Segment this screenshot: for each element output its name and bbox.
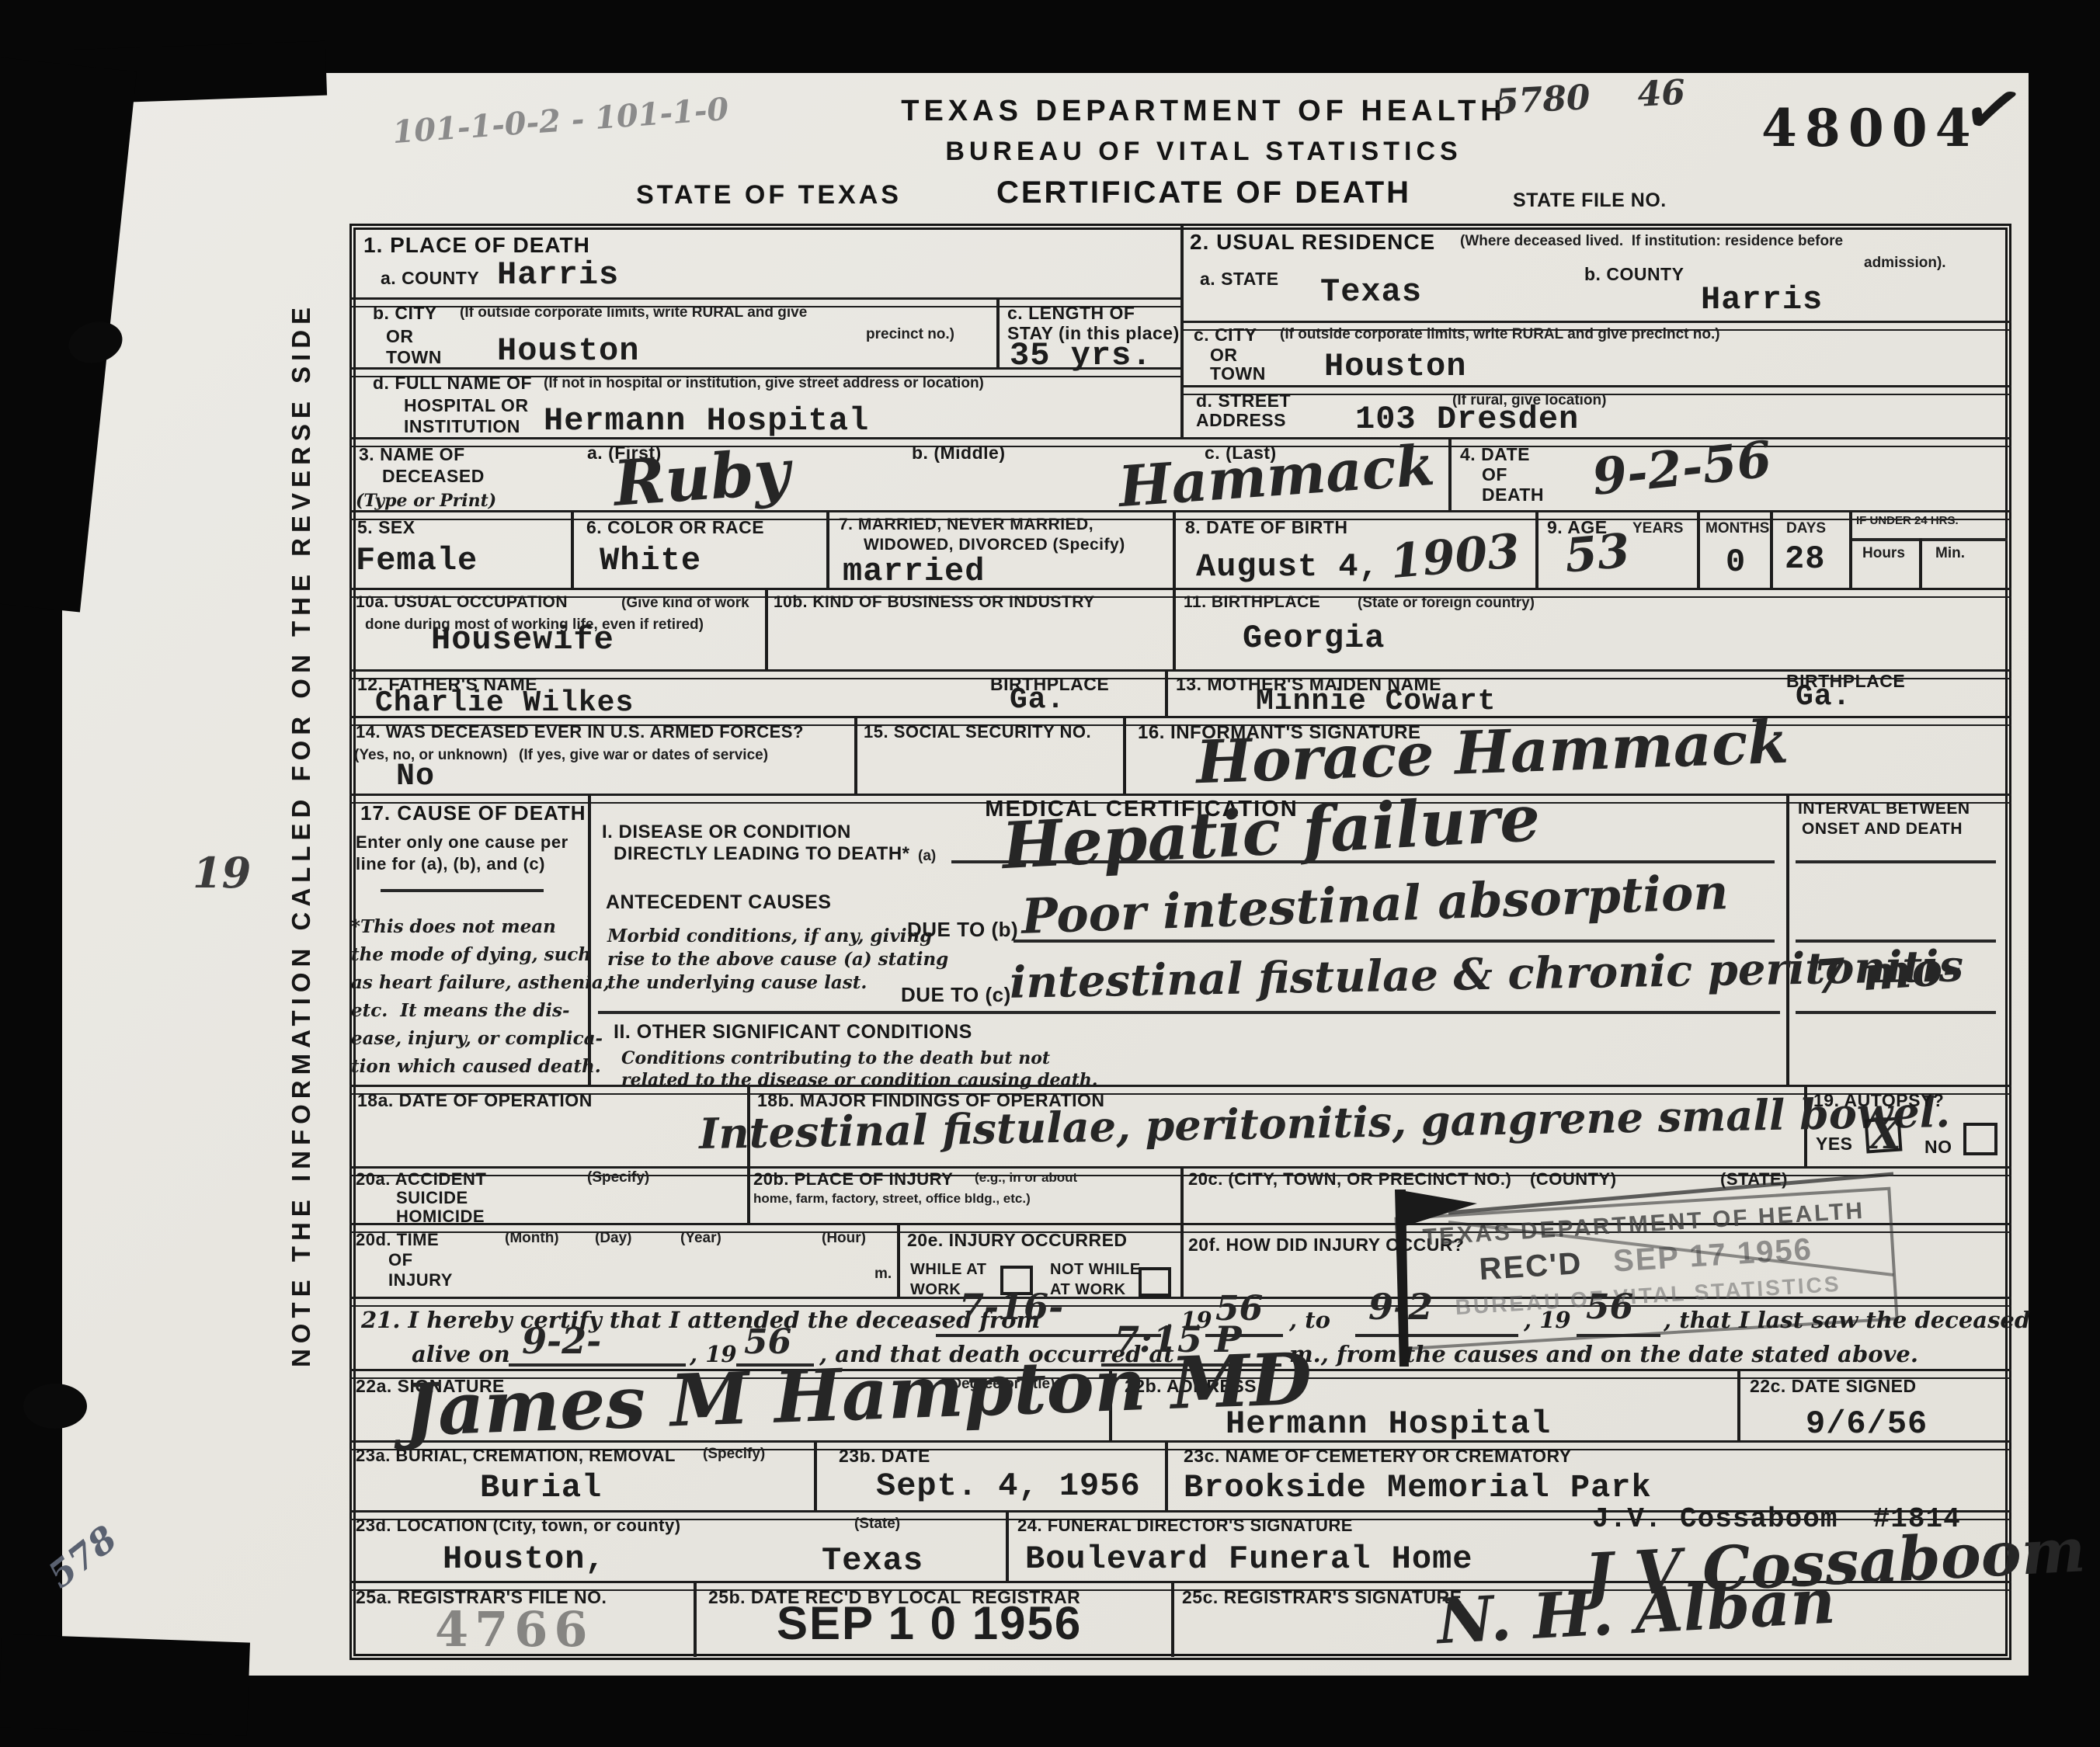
field-label: TOWN [1210, 363, 1266, 384]
field-note: (Specify) [587, 1169, 649, 1186]
vertical-divider [996, 297, 1000, 367]
field-label: a. COUNTY [381, 268, 479, 289]
field-label: 7. MARRIED, NEVER MARRIED, [839, 516, 1093, 534]
divider [381, 889, 544, 892]
field-label: a. STATE [1200, 269, 1279, 290]
field-label: DIRECTLY LEADING TO DEATH* [614, 843, 909, 865]
burial-state-value: Texas [822, 1542, 923, 1579]
margin-handwritten-number: 19 [193, 848, 251, 898]
attended-from-value: 7-16- [959, 1286, 1063, 1328]
bureau-name: BUREAU OF VITAL STATISTICS [901, 137, 1507, 167]
field-note: tion which caused death. [351, 1056, 601, 1077]
scan-edge-right [2029, 0, 2100, 1747]
residence-state-value: Texas [1320, 273, 1422, 311]
field-label: 17. CAUSE OF DEATH [360, 801, 586, 825]
field-label: 2. USUAL RESIDENCE [1190, 230, 1435, 255]
vertical-divider [1697, 510, 1700, 588]
field-label: WHILE AT [910, 1261, 986, 1279]
field-label: 20b. PLACE OF INJURY [753, 1169, 953, 1190]
attended-to-year: 56 [1586, 1287, 1633, 1327]
autopsy-no-checkbox [1963, 1123, 1997, 1155]
burial-city-value: Houston, [443, 1540, 606, 1578]
street-address-value: 103 Dresden [1355, 401, 1579, 438]
field-label: 15. SOCIAL SECURITY NO. [864, 722, 1091, 742]
field-note: (Where deceased lived. If institution: r… [1460, 233, 1843, 250]
field-label: IF UNDER 24 HRS. [1856, 514, 1959, 527]
field-label: b. COUNTY [1584, 264, 1684, 285]
father-name-value: Charlie Wilkes [375, 686, 634, 720]
field-label: OR [386, 326, 414, 347]
age-days-value: 28 [1785, 540, 1825, 578]
vertical-divider [897, 1223, 900, 1297]
field-label: MONTHS [1705, 520, 1769, 537]
field-note: (Month) [505, 1230, 559, 1247]
hospital-value: Hermann Hospital [544, 402, 869, 439]
sex-value: Female [356, 542, 478, 579]
age-months-value: 0 [1726, 544, 1746, 581]
field-label: ADDRESS [1196, 410, 1286, 431]
field-label: 20d. TIME [356, 1230, 439, 1250]
vertical-divider [694, 1581, 697, 1657]
vertical-divider [1006, 1510, 1009, 1581]
first-name-value: Ruby [611, 435, 792, 520]
margin-note: NOTE THE INFORMATION CALLED FOR ON THE R… [287, 302, 316, 1367]
field-label: 24. FUNERAL DIRECTOR'S SIGNATURE [1017, 1516, 1353, 1536]
vertical-divider [1123, 716, 1126, 794]
field-label: 23d. LOCATION (City, town, or county) [356, 1516, 681, 1536]
age-years-value: 53 [1563, 523, 1632, 583]
vertical-divider [1173, 588, 1176, 669]
scan-edge-bottom-left [0, 1634, 250, 1735]
city-of-death-value: Houston [497, 332, 639, 370]
race-value: White [600, 542, 701, 579]
field-label: Min. [1935, 545, 1965, 562]
interval-c-value: 7 mo- [1812, 940, 1963, 1005]
field-label: HOMICIDE [396, 1207, 485, 1227]
underline [1577, 1334, 1660, 1337]
field-note: (If outside corporate limits, write RURA… [1280, 326, 1720, 343]
underline [1355, 1334, 1518, 1337]
field-label: (a) [918, 848, 936, 865]
field-label: 4. DATE [1460, 444, 1530, 465]
mother-birthplace-value: Ga. [1796, 680, 1851, 714]
field-label: 6. COLOR OR RACE [586, 517, 764, 538]
registrar-received-date-stamp: SEP 1 0 1956 [777, 1596, 1082, 1650]
armed-forces-value: No [396, 759, 435, 794]
field-label: 23b. DATE [839, 1446, 930, 1467]
field-note: (Specify) [703, 1446, 765, 1463]
residence-city-value: Houston [1324, 348, 1466, 385]
field-label: 10b. KIND OF BUSINESS OR INDUSTRY [774, 593, 1095, 612]
vertical-divider [1180, 1166, 1184, 1223]
field-label: Hours [1862, 545, 1905, 562]
underline [1796, 860, 1996, 863]
field-label: d. FULL NAME OF [373, 373, 532, 394]
underline [598, 1011, 1780, 1014]
field-note: admission). [1864, 255, 1946, 272]
field-note: Morbid conditions, if any, giving [607, 926, 932, 946]
field-label: DAYS [1786, 520, 1826, 537]
certify-text: m., from the causes and on the date stat… [1289, 1341, 1918, 1367]
field-note: (State) [854, 1516, 900, 1533]
underline [1796, 939, 1996, 943]
burial-date-value: Sept. 4, 1956 [876, 1467, 1141, 1505]
field-note: Enter only one cause per [356, 832, 568, 853]
length-of-stay-value: 35 yrs. [1010, 337, 1152, 374]
scanned-death-certificate: NOTE THE INFORMATION CALLED FOR ON THE R… [0, 0, 2100, 1747]
field-label: OF [1482, 464, 1507, 485]
field-note: ease, injury, or complica- [351, 1028, 603, 1049]
field-label: 23c. NAME OF CEMETERY OR CREMATORY [1184, 1446, 1572, 1467]
field-label: DEATH [1482, 485, 1544, 505]
field-label: 23a. BURIAL, CREMATION, REMOVAL [356, 1446, 676, 1466]
vertical-divider [747, 1166, 750, 1223]
field-label: 5. SEX [357, 517, 415, 538]
vertical-divider [826, 510, 829, 588]
field-label: 1. PLACE OF DEATH [363, 233, 590, 258]
autopsy-yes-mark: X [1869, 1109, 1901, 1158]
underline [1796, 1011, 1996, 1014]
field-label: DUE TO (c) [901, 983, 1011, 1007]
field-label: 11. BIRTHPLACE [1184, 593, 1320, 612]
field-label: OF [388, 1250, 413, 1270]
vertical-divider [1180, 1223, 1184, 1297]
scan-edge-bottom [0, 1676, 2100, 1747]
field-note: (Year) [680, 1230, 721, 1247]
underline [1013, 939, 1775, 943]
field-label: (STATE) [1720, 1169, 1788, 1190]
field-note: related to the disease or condition caus… [621, 1070, 1098, 1090]
vertical-divider [571, 510, 574, 588]
cemetery-value: Brookside Memorial Park [1184, 1469, 1652, 1506]
field-label: DECEASED [382, 466, 485, 487]
birthplace-value: Georgia [1243, 620, 1385, 657]
field-label: INSTITUTION [404, 416, 520, 437]
field-note: *This does not mean [351, 916, 556, 937]
vertical-divider [1165, 1440, 1168, 1510]
field-label: 25c. REGISTRAR'S SIGNATURE [1182, 1587, 1462, 1608]
agency-name: TEXAS DEPARTMENT OF HEALTH [901, 95, 1507, 128]
field-label: ANTECEDENT CAUSES [606, 891, 831, 914]
state-file-number-stamp: 48004 [1761, 98, 1979, 158]
vertical-divider [1770, 510, 1773, 588]
county-of-death-value: Harris [497, 256, 619, 293]
funeral-home-value: Boulevard Funeral Home [1025, 1540, 1473, 1578]
stamp-recd: REC'D [1478, 1246, 1583, 1287]
vertical-divider [1919, 538, 1922, 588]
field-note: rise to the above cause (a) stating [607, 949, 948, 970]
field-note: Conditions contributing to the death but… [621, 1048, 1050, 1068]
field-label: c. LENGTH OF [1007, 303, 1135, 324]
field-label: c. CITY [1194, 325, 1257, 346]
vertical-divider [1786, 794, 1789, 1085]
field-label: INJURY [388, 1270, 453, 1290]
certificate-title: CERTIFICATE OF DEATH [940, 175, 1468, 210]
field-note: home, farm, factory, street, office bldg… [753, 1191, 1031, 1207]
field-label: 14. WAS DECEASED EVER IN U.S. ARMED FORC… [356, 722, 804, 742]
divider [1852, 538, 2008, 541]
vertical-divider [1180, 225, 1184, 437]
field-label: WORK [910, 1281, 961, 1299]
underline [951, 860, 1775, 863]
certify-text: , to [1289, 1307, 1330, 1333]
vertical-divider [1165, 669, 1168, 716]
field-label: 20c. (CITY, TOWN, OR PRECINCT NO.) [1188, 1169, 1511, 1190]
field-label: ONSET AND DEATH [1802, 820, 1963, 839]
field-note: m. [874, 1266, 892, 1283]
field-label: d. STREET [1196, 391, 1291, 412]
field-label: 22c. DATE SIGNED [1750, 1376, 1917, 1397]
certify-text: , 19 [1524, 1307, 1571, 1333]
occupation-value: Housewife [431, 621, 614, 658]
field-note: (Day) [595, 1230, 632, 1247]
field-note: as heart failure, asthenia, [351, 972, 610, 993]
ink-blob [23, 1384, 87, 1429]
field-label: SUICIDE [396, 1188, 468, 1208]
father-birthplace-value: Ga. [1010, 683, 1065, 717]
mother-name-value: Minnie Cowart [1256, 685, 1496, 718]
field-label: YEARS [1632, 520, 1683, 537]
vertical-divider [1849, 510, 1852, 588]
field-label: 10a. USUAL OCCUPATION [356, 593, 568, 612]
vertical-divider [854, 716, 857, 794]
certify-text: , that I last saw the deceased [1664, 1307, 2030, 1333]
field-label: I. DISEASE OR CONDITION [602, 821, 851, 843]
vertical-divider [1535, 510, 1538, 588]
field-label: HOSPITAL OR [404, 395, 529, 416]
divider [349, 588, 2011, 598]
vertical-divider [1737, 1369, 1740, 1440]
state-heading: STATE OF TEXAS [621, 180, 916, 210]
vertical-divider [1171, 1581, 1174, 1657]
field-label: DUE TO (b) [907, 918, 1018, 942]
field-label: b. (Middle) [912, 443, 1005, 464]
last-seen-value: 9-2- [522, 1320, 601, 1362]
state-file-no-label: STATE FILE NO. [1513, 189, 1667, 212]
field-label: (COUNTY) [1530, 1169, 1617, 1190]
field-label: TOWN [386, 347, 442, 368]
field-label: 20a. ACCIDENT [356, 1169, 486, 1190]
date-signed-value: 9/6/56 [1806, 1405, 1928, 1443]
field-note: (State or foreign country) [1358, 595, 1535, 612]
field-note: (If not in hospital or institution, give… [544, 375, 984, 392]
field-label: 8. DATE OF BIRTH [1185, 517, 1347, 538]
field-label: OR [1210, 345, 1238, 366]
field-note: (Hour) [822, 1230, 866, 1247]
field-label: WIDOWED, DIVORCED (Specify) [864, 536, 1125, 554]
field-label: 3. NAME OF [359, 444, 465, 465]
autopsy-yes-label: YES [1816, 1134, 1853, 1155]
vertical-divider [814, 1440, 817, 1510]
registrar-file-number: 4766 [435, 1601, 594, 1658]
field-note: (If yes, give war or dates of service) [519, 747, 768, 764]
field-note: the underlying cause last. [607, 972, 867, 993]
field-label: II. OTHER SIGNIFICANT CONDITIONS [614, 1021, 972, 1044]
marital-status-value: married [843, 553, 985, 590]
field-note: (Give kind of work [621, 595, 749, 612]
field-note: etc. It means the dis- [351, 1000, 570, 1021]
vertical-divider [1448, 437, 1452, 510]
date-of-birth-year-handwritten: 1903 [1388, 524, 1521, 589]
field-label: NOT WHILE [1050, 1261, 1141, 1279]
stamp-date: SEP 17 1956 [1612, 1232, 1813, 1279]
certify-text: 21. I hereby certify that I attended the… [361, 1307, 1040, 1333]
field-note: (Type or Print) [356, 491, 496, 511]
field-note: (If outside corporate limits, write RURA… [460, 304, 807, 321]
field-note: line for (a), (b), and (c) [356, 854, 545, 874]
autopsy-no-label: NO [1924, 1137, 1952, 1158]
field-label: b. CITY [373, 303, 437, 324]
field-label: 18a. DATE OF OPERATION [357, 1090, 593, 1111]
vertical-divider [1173, 510, 1176, 588]
field-note: the mode of dying, such [351, 944, 591, 965]
injury-not-while-at-work-checkbox [1139, 1267, 1171, 1297]
vertical-divider [765, 588, 768, 669]
attended-to-value: 9-2 [1368, 1286, 1433, 1328]
field-note: (e.g., in or about [975, 1170, 1077, 1186]
field-label: INTERVAL BETWEEN [1798, 800, 1970, 818]
certify-text: alive on [412, 1341, 510, 1367]
residence-county-value: Harris [1701, 281, 1823, 318]
disposition-type-value: Burial [480, 1469, 602, 1506]
field-note: precinct no.) [866, 326, 954, 343]
field-label: 20e. INJURY OCCURRED [907, 1230, 1128, 1251]
field-label: 19. AUTOPSY? [1813, 1090, 1944, 1111]
date-of-birth-typed: August 4, [1196, 548, 1379, 585]
